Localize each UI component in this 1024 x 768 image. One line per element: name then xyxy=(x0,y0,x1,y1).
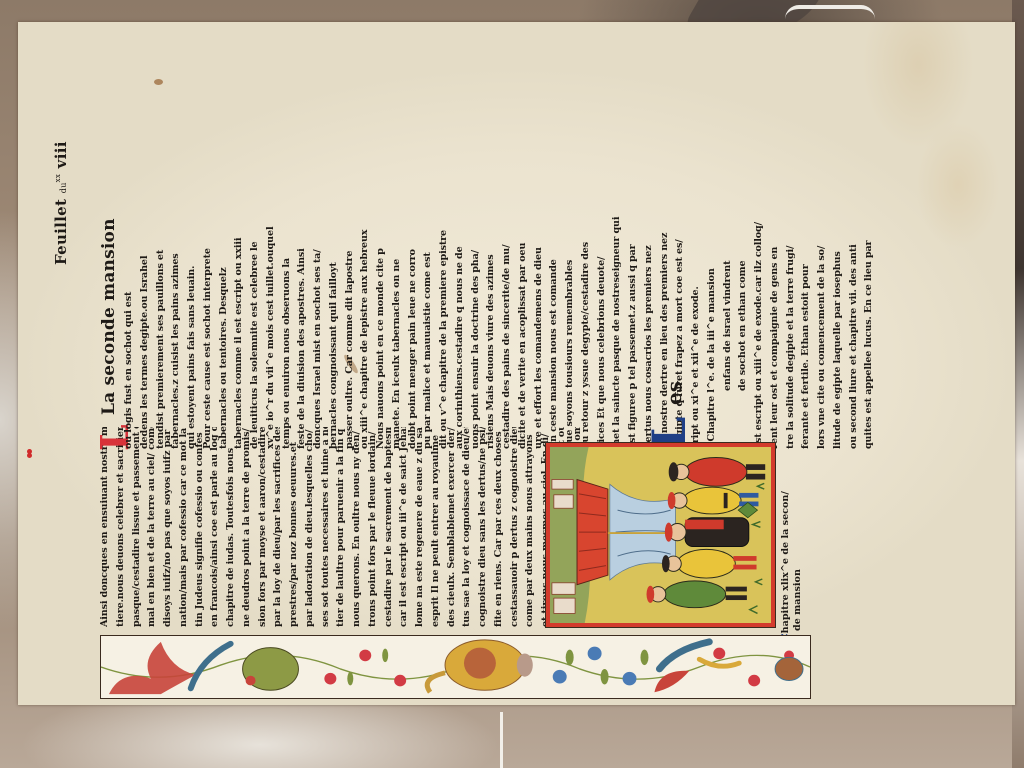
text-line: de sochot en ethan come xyxy=(735,177,751,391)
text-line: cognoistre dieu sans les dertus/ne psi/ xyxy=(475,427,491,627)
text-line: dertus nous cosacrios les premiers nez xyxy=(641,177,657,449)
text-line: dicite et de verite en acoplissat par oe… xyxy=(515,177,531,449)
text-line: est figuree p tel passemet.z aussi q par xyxy=(625,177,641,449)
section-body: est escript ou xiii^e de exode.car ilz c… xyxy=(751,177,877,449)
text-line: chapitre de iudas. Toutesfois nous xyxy=(223,427,239,627)
rubric-line: CChapitre l^e. de la iii^e mansion xyxy=(704,177,720,449)
text-line: disoys iuifz/no pas que soyos iuifz par xyxy=(160,427,176,627)
text-line: lome na este regenere de eaue z du saict xyxy=(412,427,428,627)
text-line: ses sot toutes necessaires et luine a ne… xyxy=(318,427,334,627)
text-line: est escript ou xiii^e de exode.car ilz c… xyxy=(751,177,767,449)
text-line: litude de egipte laquelle par iosephus xyxy=(830,177,846,449)
text-line: tre la solitude degipte et la terre frug… xyxy=(783,177,799,449)
woodcut-caption: Chapitre xlix^e de la secon/ de mansion xyxy=(780,441,804,641)
text-line: car il est escript ou iii^e de saict Jeh… xyxy=(396,427,412,627)
text-line: pasque/cestadire lissue et passement de xyxy=(129,427,145,627)
text-line: ne deudros point a la terre de promis/ xyxy=(239,427,255,627)
floral-border xyxy=(100,635,811,699)
text-line: cestassauoir p dertus z cognoistre dieu xyxy=(507,427,523,627)
folio-number: viii xyxy=(52,141,70,168)
text-line: ure et effort les comandemens de dieu xyxy=(531,177,547,449)
woodcut-scene-icon xyxy=(550,447,771,623)
text-line: tus sae la loy et cognoissace de dieu/et xyxy=(459,427,475,627)
text-line: passer oultre. Car comme dit lapostre xyxy=(342,177,358,449)
text-line: tier de laultre pour paruenir a la fin q xyxy=(333,427,349,627)
text-line: doncques Israel mist en sochot ses ta/ xyxy=(310,177,326,449)
caption-line-2: de mansion xyxy=(792,569,803,641)
section-opening: enfans de israel vindrentde sochot en et… xyxy=(720,177,752,449)
rubric-text: Chapitre l^e. de la iii^e mansion xyxy=(706,268,717,441)
text-line: bernacles congnoissant quil failloyt xyxy=(326,177,342,449)
text-line: cript ou xi^e et xii^e de exode. xyxy=(688,177,704,449)
woodcut-illustration xyxy=(546,443,775,627)
text-line: quites est appellee lucus. En ce lieu pa… xyxy=(861,177,877,449)
text-line: En ceste mansion nous est comande xyxy=(546,177,562,449)
text-line: risiens Mais deuons viure des azimes xyxy=(483,177,499,449)
right-column: La seconde mansion ou logis fust en soch… xyxy=(97,177,877,449)
text-line: manete. En iceulx tabernacles on ne xyxy=(389,177,405,449)
fabric-thread xyxy=(500,712,503,768)
floral-border-icon xyxy=(101,636,810,698)
text-line: de nostre dertre en lieu des premiers ne… xyxy=(657,177,673,449)
text-line: esprit Il ne peult entrer au royaulme xyxy=(428,427,444,627)
running-head-sup: xx xyxy=(54,174,62,183)
text-line: Ainsi doncques en ensuiuant nostre ma/ xyxy=(97,427,113,627)
text-line: nous querons. En oultre nous ny den/ xyxy=(349,427,365,627)
fabric-thread xyxy=(785,5,875,19)
text-line: cestadire par le sacrement de baptesme. xyxy=(381,427,397,627)
paper-stain xyxy=(154,79,163,85)
text-line: trons point fors par le fleuue iordain/ xyxy=(365,427,381,627)
text-line: prestres/par noz bonnes oeuures.et xyxy=(286,427,302,627)
text-line: degipte q furet frapez a mort coe est es… xyxy=(672,177,688,449)
text-line: feste de la diuision des apostres. Ainsi xyxy=(294,177,310,449)
text-line: par ladoration de dieu.lesquelles cho/ xyxy=(302,427,318,627)
running-head-word: Feuillet xyxy=(52,199,70,265)
text-line: cestadire des pains de sincerite/de mu/ xyxy=(499,177,515,449)
caption-line-1: hapitre xlix^e de la secon/ xyxy=(780,491,791,633)
text-line: xv^e io^r du vii^e mois cest iuillet.ouq… xyxy=(263,177,279,449)
text-line: du retour z yssue degypte/cestadire des xyxy=(578,177,594,449)
text-line: enfans de israel vindrent xyxy=(720,177,736,391)
text-line: tendist premierement ses pauillons et xyxy=(153,177,169,449)
text-line: doibt point menger pain leue ne corro xyxy=(405,177,421,449)
text-line: de leuiticus la solemnite est celebree l… xyxy=(247,177,263,449)
text-line: come par deux mains nous attrayons xyxy=(522,427,538,627)
section-capital: es xyxy=(662,381,686,405)
text-line: ou logis fust en sochot qui est xyxy=(121,177,137,449)
text-line: tiere.nous deuons celebrer et sacrifier … xyxy=(113,427,129,627)
text-line: uons point ensuir la doctrine des pha/ xyxy=(468,177,484,449)
text-line: par la loy de dieu/par les sacrifices de… xyxy=(270,427,286,627)
text-line: qui estoyent pains fais sans leuain. xyxy=(184,177,200,449)
text-line: ferante et fertile. Ethan estoit pour xyxy=(798,177,814,449)
text-line: tabernacles ou tentoires. Desquelz xyxy=(216,177,232,449)
text-line: lors vne cite ou comencement de la so/ xyxy=(814,177,830,449)
text-line: Nous nauons point en ce monde cite p xyxy=(373,177,389,449)
text-line: tabernacles.z cuisist les pains azimes xyxy=(168,177,184,449)
text-line: rent leur ost et compaignie de gens en xyxy=(767,177,783,449)
text-line: tin Judeus signifie cofessio ou confes xyxy=(192,427,208,627)
text-line: des cieulx. Semblablemet exercer der/ xyxy=(444,427,460,627)
left-column: Ainsi doncques en ensuiuant nostre ma/ti… xyxy=(97,427,601,627)
text-line: ou xiii^e chapitre de lepistre aux hebre… xyxy=(357,177,373,449)
text-line: aux corinthiens.cestadire q nous ne de xyxy=(452,177,468,449)
right-column-body: ou logis fust en sochot qui estdedens le… xyxy=(121,177,704,449)
text-line: temps ou enuiron nous obseruons la xyxy=(279,177,295,449)
text-line: dedens les termes degipte.ou Israhel xyxy=(137,177,153,449)
text-line: que soyons tousiours remembrables xyxy=(562,177,578,449)
text-line: dit ou v^e chapitre de la premiere epist… xyxy=(436,177,452,449)
text-line: pu par malice et mauuaistie come est xyxy=(420,177,436,449)
text-line: fite en riens. Car par ces deux choses xyxy=(491,427,507,627)
text-line: en francois/ainsi coe est parle au log o… xyxy=(207,427,223,627)
red-ink-mark xyxy=(27,453,32,458)
running-head: Feuillet duxx viii xyxy=(52,185,70,265)
text-line: sion fors par moyse et aaron/cestadire xyxy=(255,427,271,627)
text-line: mal en bien et de la terre au ciel/ come xyxy=(144,427,160,627)
text-line: nation/mais par cofessio car ce mot la xyxy=(176,427,192,627)
text-line: ou second liure et chapitre vii. des ant… xyxy=(846,177,862,449)
section-heading: La seconde mansion xyxy=(97,177,121,449)
text-line: tabernacles comme il est escript ou xxii… xyxy=(231,177,247,449)
running-head-du: du xyxy=(59,182,68,193)
text-line: Pour ceste cause est sochot interprete xyxy=(200,177,216,449)
text-line: dices Et que nous celebrions deuote/ xyxy=(594,177,610,449)
text-line: met la saincte pasque de nostreseigneur … xyxy=(609,177,625,449)
book-leaf: Feuillet duxx viii Ainsi doncques en ens… xyxy=(18,22,1015,705)
